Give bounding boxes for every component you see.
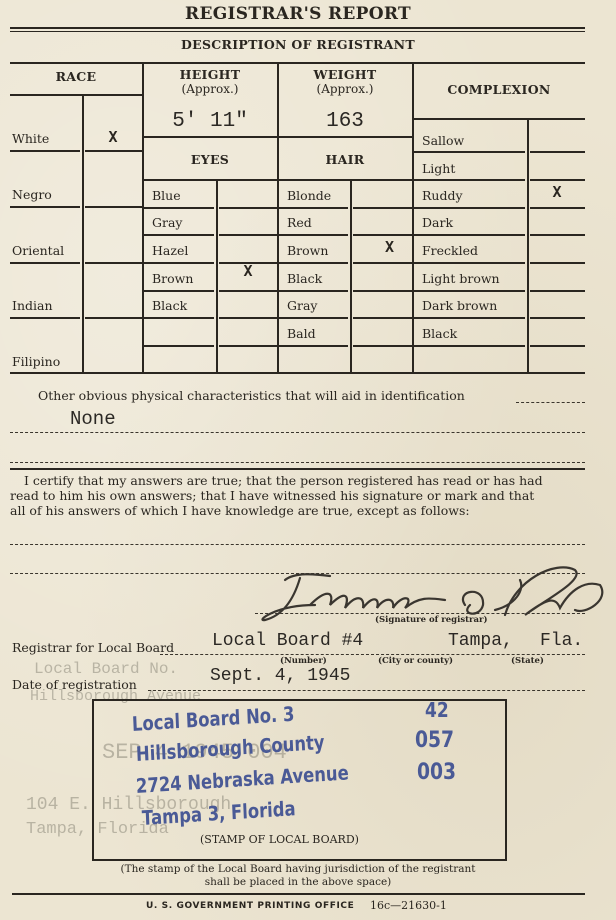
hair-gray-label: Gray (287, 298, 317, 313)
hair-black-label: Black (287, 271, 322, 286)
ghost-stamp-line-1: Local Board No. (34, 660, 178, 678)
footer-rule (12, 893, 585, 895)
eyes-gray-label: Gray (152, 215, 182, 230)
complexion-dark-label: Dark (422, 215, 453, 230)
eyes-brown-checkbox[interactable]: X (218, 262, 278, 280)
answer-line-1 (10, 432, 585, 433)
answer-line-2 (10, 462, 585, 463)
registrar-city-value[interactable]: Tampa, (448, 631, 513, 651)
other-characteristics-value[interactable]: None (70, 408, 116, 430)
complexion-header: COMPLEXION (413, 83, 585, 97)
certification-line-2: read to him his own answers; that I have… (10, 488, 590, 503)
hair-red-label: Red (287, 215, 312, 230)
stamp-code-2: 057 (415, 728, 454, 753)
hair-brown-checkbox[interactable]: X (352, 238, 427, 256)
title-rule-bottom (10, 31, 585, 32)
complexion-light-brown-label: Light brown (422, 271, 500, 286)
complexion-light-label: Light (422, 161, 455, 176)
race-header: RACE (10, 70, 142, 84)
signature-caption: (Signature of registrar) (375, 615, 488, 625)
eyes-brown-label: Brown (152, 271, 193, 286)
title-rule-top (10, 27, 585, 29)
certification-text: I certify that my answers are true; that… (10, 473, 590, 518)
city-caption: (City or county) (378, 656, 453, 666)
race-oriental-label: Oriental (12, 243, 64, 258)
complexion-black-label: Black (422, 326, 457, 341)
complexion-dark-brown-label: Dark brown (422, 298, 497, 313)
stamp-instruction-line-2: shall be placed in the above space) (0, 876, 596, 889)
eyes-blue-label: Blue (152, 188, 181, 203)
stamp-code-3: 003 (417, 760, 456, 785)
registrar-line (160, 654, 585, 655)
complexion-ruddy-label: Ruddy (422, 188, 463, 203)
printer-credit: U. S. GOVERNMENT PRINTING OFFICE (146, 901, 354, 911)
race-white-label: White (12, 131, 49, 146)
height-approx: (Approx.) (143, 82, 277, 96)
other-characteristics-label: Other obvious physical characteristics t… (38, 388, 465, 403)
state-caption: (State) (511, 656, 544, 666)
complexion-ruddy-checkbox[interactable]: X (529, 183, 585, 201)
registration-date-label: Date of registration (12, 677, 137, 692)
certification-line-3: all of his answers of which I have knowl… (10, 503, 590, 518)
hair-brown-label: Brown (287, 243, 328, 258)
weight-value[interactable]: 163 (278, 110, 412, 133)
certification-line-1: I certify that my answers are true; that… (10, 473, 590, 488)
registrar-number-value[interactable]: Local Board #4 (212, 631, 363, 651)
hair-bald-label: Bald (287, 326, 316, 341)
height-header: HEIGHT (143, 68, 277, 82)
registration-date-line (148, 690, 585, 691)
race-filipino-label: Filipino (12, 354, 60, 369)
hair-header: HAIR (278, 153, 412, 167)
section-subtitle: DESCRIPTION OF REGISTRANT (0, 37, 596, 52)
stamp-code-1: 42 (425, 698, 449, 722)
form-code: 16c—21630-1 (370, 899, 447, 912)
race-negro-label: Negro (12, 187, 52, 202)
eyes-black-label: Black (152, 298, 187, 313)
registrar-label: Registrar for Local Board (12, 640, 174, 655)
eyes-header: EYES (143, 153, 277, 167)
stamp-caption: (STAMP OF LOCAL BOARD) (200, 833, 359, 846)
race-indian-label: Indian (12, 298, 53, 313)
complexion-freckled-label: Freckled (422, 243, 478, 258)
exception-line-1 (10, 544, 585, 545)
weight-approx: (Approx.) (278, 82, 412, 96)
number-caption: (Number) (280, 656, 327, 666)
height-value[interactable]: 5' 11" (143, 110, 277, 133)
section-rule (10, 468, 585, 470)
stamp-instruction: (The stamp of the Local Board having jur… (0, 863, 596, 889)
eyes-hazel-label: Hazel (152, 243, 188, 258)
weight-header: WEIGHT (278, 68, 412, 82)
complexion-sallow-label: Sallow (422, 133, 464, 148)
hair-blonde-label: Blonde (287, 188, 331, 203)
registrar-state-value[interactable]: Fla. (540, 631, 583, 651)
dotted-leader (516, 402, 585, 403)
form-title: REGISTRAR'S REPORT (0, 4, 596, 24)
handwritten-signature (255, 560, 615, 640)
registration-date-value[interactable]: Sept. 4, 1945 (210, 666, 350, 686)
race-white-checkbox[interactable]: X (84, 128, 142, 146)
stamp-instruction-line-1: (The stamp of the Local Board having jur… (0, 863, 596, 876)
